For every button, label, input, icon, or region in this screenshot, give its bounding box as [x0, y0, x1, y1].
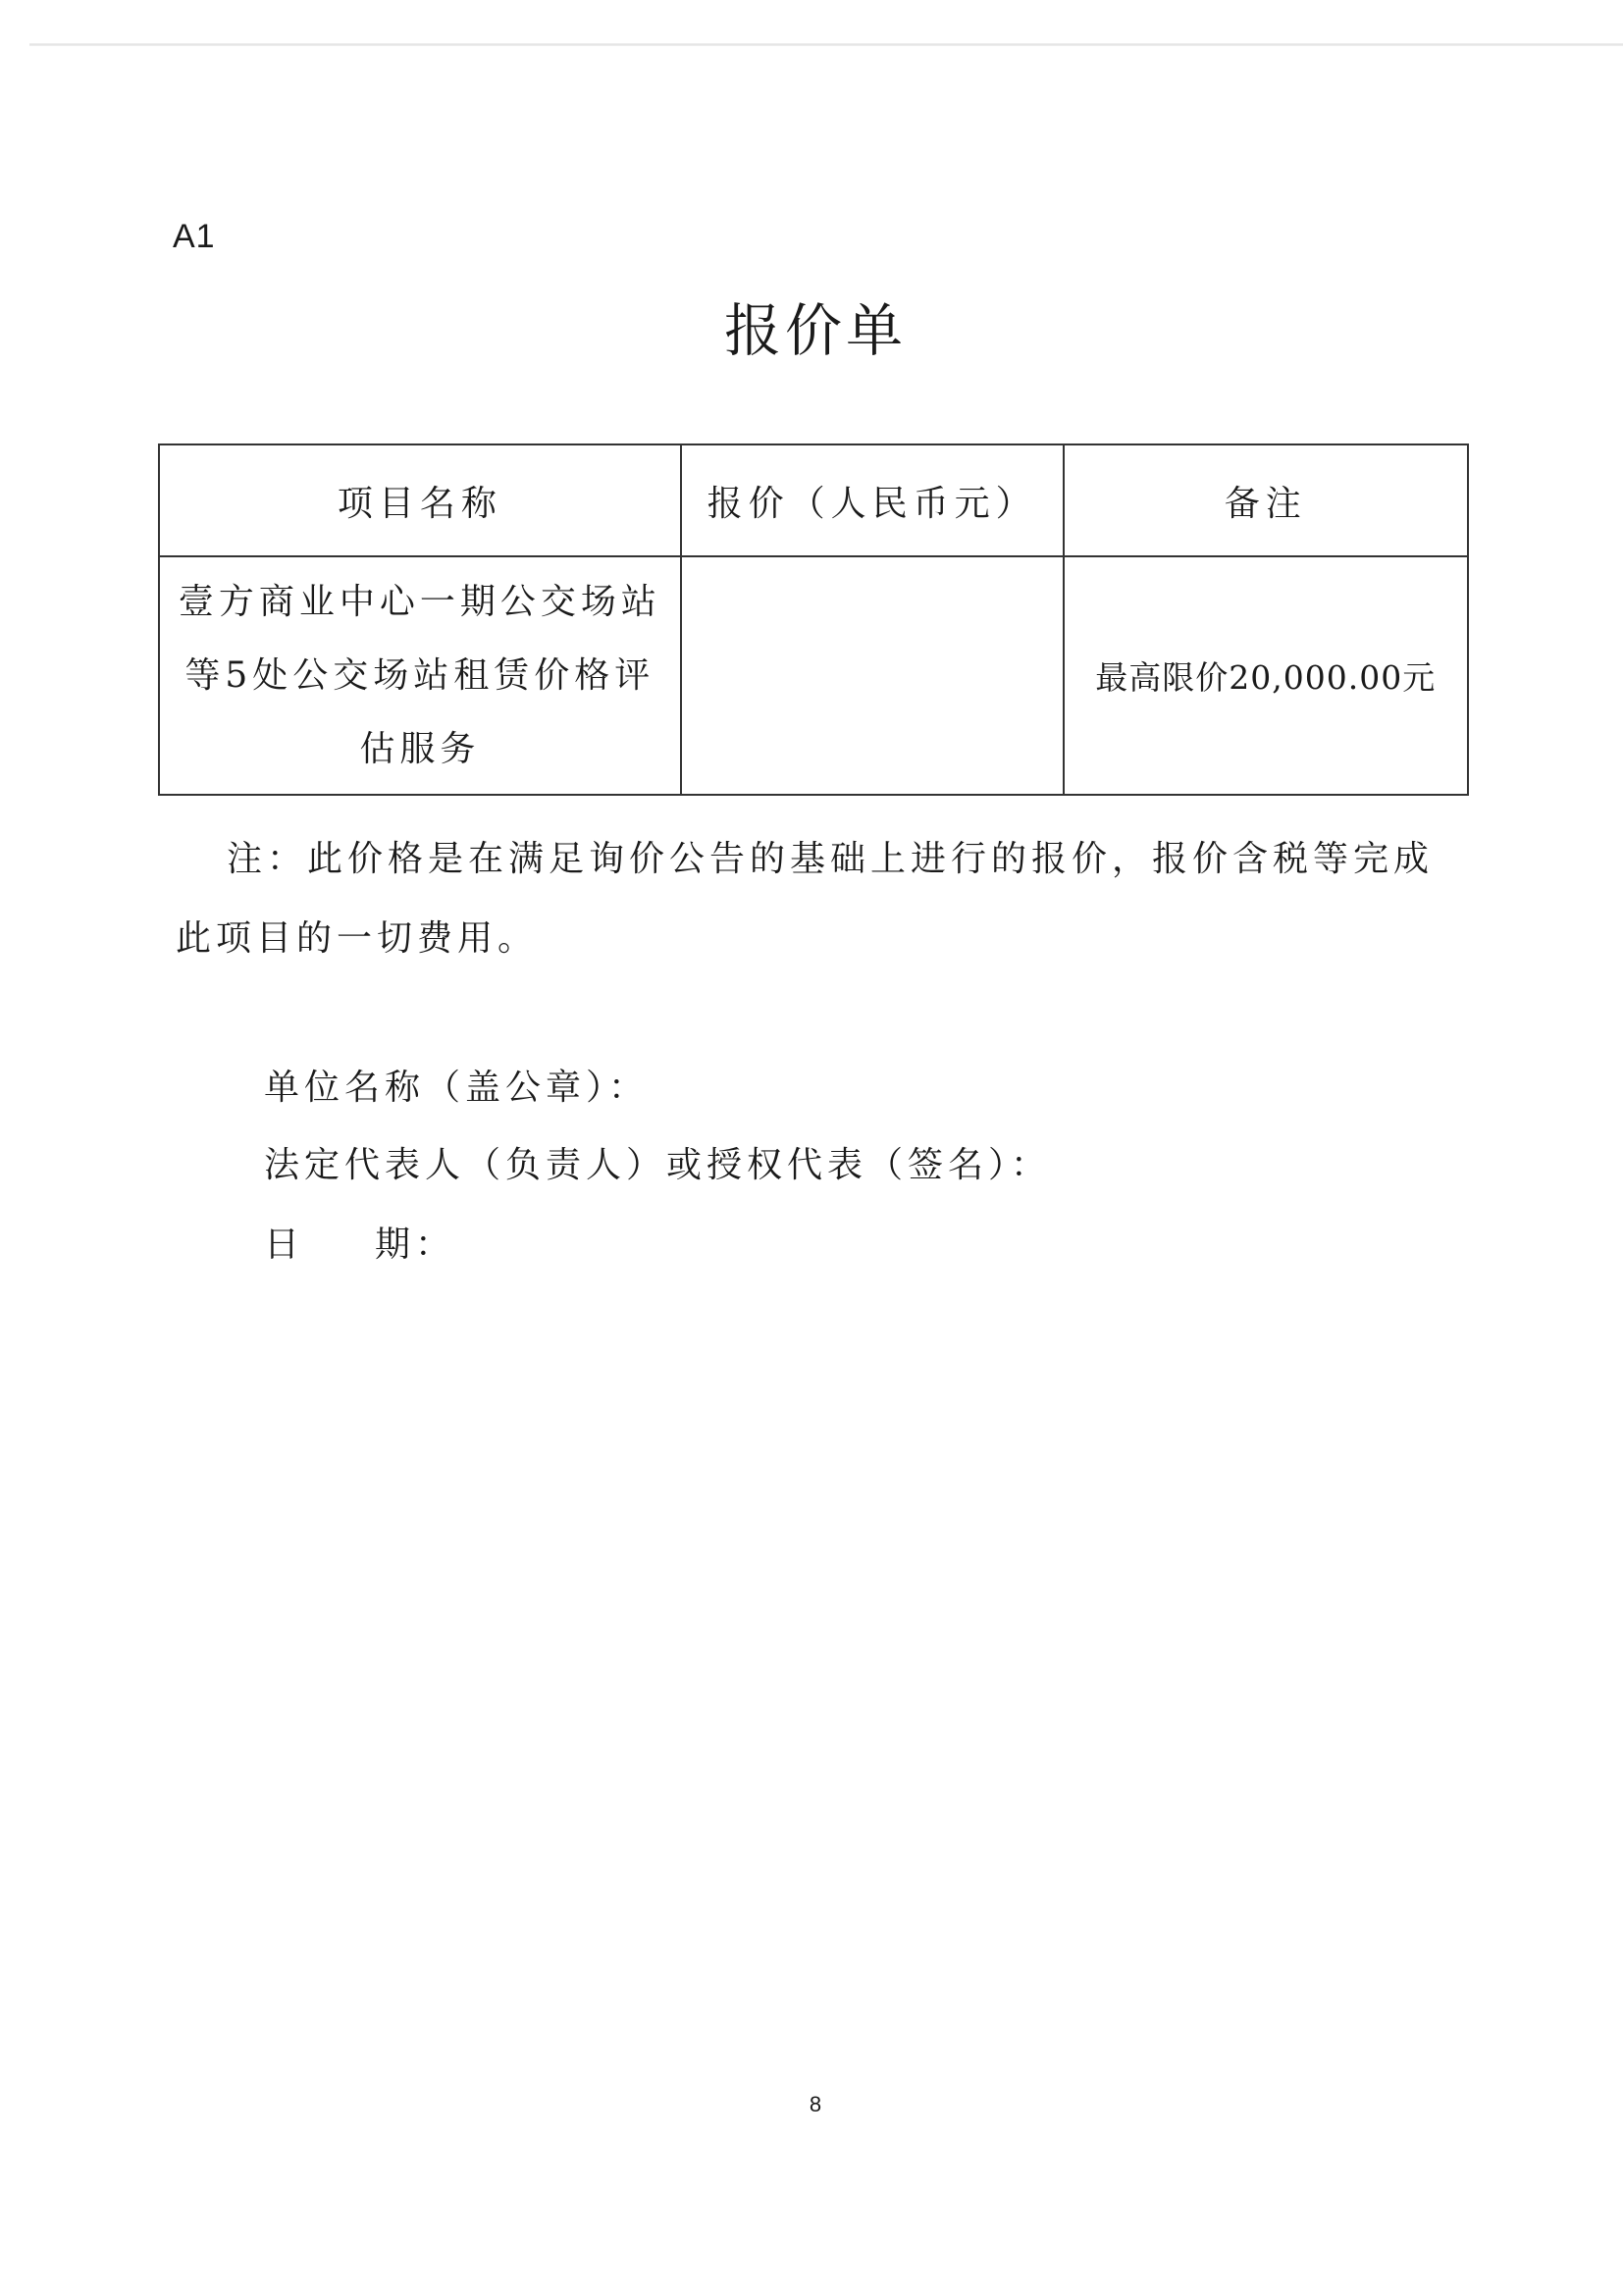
date-field: 日期：: [264, 1217, 455, 1267]
price-note: 注：此价格是在满足询价公告的基础上进行的报价，报价含税等完成此项目的一切费用。: [176, 819, 1451, 978]
company-name-field: 单位名称（盖公章）：: [264, 1060, 649, 1110]
date-label-char2: 期：: [375, 1225, 455, 1265]
cell-project-name: 壹方商业中心一期公交场站等5处公交场站租赁价格评估服务: [159, 556, 681, 795]
cell-quote-input[interactable]: [681, 556, 1064, 795]
quote-table: 项目名称 报价（人民币元） 备注 壹方商业中心一期公交场站等5处公交场站租赁价格…: [158, 444, 1469, 796]
scan-artifact-line: [29, 43, 1623, 46]
page-title: 报价单: [0, 285, 1623, 367]
header-project-name: 项目名称: [159, 444, 681, 556]
section-label: A1: [173, 218, 216, 256]
table-row: 壹方商业中心一期公交场站等5处公交场站租赁价格评估服务 最高限价20,000.0…: [159, 556, 1468, 795]
header-quote: 报价（人民币元）: [681, 444, 1064, 556]
representative-signature-field: 法定代表人（负责人）或授权代表（签名）：: [264, 1137, 1051, 1187]
table-header-row: 项目名称 报价（人民币元） 备注: [159, 444, 1468, 556]
header-remark: 备注: [1064, 444, 1469, 556]
page-number: 8: [0, 2092, 1623, 2117]
date-label-char1: 日: [264, 1225, 304, 1265]
cell-remark: 最高限价20,000.00元: [1064, 556, 1469, 795]
